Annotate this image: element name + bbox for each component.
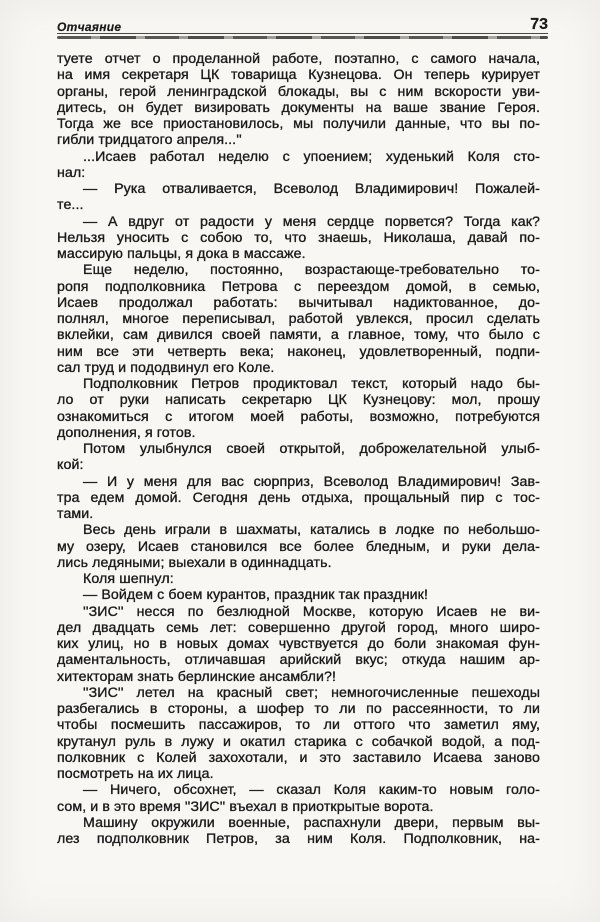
text-line: те... — [57, 197, 540, 213]
text-line: ''ЗИС'' летел на красный свет; немногочи… — [57, 685, 540, 701]
text-line: ''ЗИС'' несся по безлюдной Москве, котор… — [57, 604, 540, 620]
text-line: Тогда же все приостановилось, мы получил… — [57, 116, 540, 132]
text-line: Весь день играли в шахматы, катались в л… — [57, 522, 540, 538]
text-line: вклейки, сам дивился своей памяти, а гла… — [57, 327, 540, 343]
text-line: крутанул руль в лужу и окатил старика с … — [57, 734, 540, 750]
text-line: органы, герой ленинградской блокады, вы … — [57, 84, 540, 100]
text-line: на имя секретаря ЦК товарища Кузнецова. … — [57, 67, 540, 83]
header-rule — [57, 33, 548, 34]
text-line: ним все эти четверть века; наконец, удов… — [57, 344, 540, 360]
page-header: Отчаяние 73 — [57, 16, 548, 34]
text-line: посмотреть на их лица. — [57, 766, 540, 782]
text-line: даментальность, отличавшая арийский вкус… — [57, 652, 540, 668]
text-line: тра едем домой. Сегодня день отдыха, про… — [57, 490, 540, 506]
running-title: Отчаяние — [57, 20, 121, 34]
text-line: дитесь, он будет визировать документы на… — [57, 100, 540, 116]
text-line: Исаев продолжал работать: вычитывал нади… — [57, 295, 540, 311]
text-line: — И у меня для вас сюрприз, Всеволод Вла… — [57, 474, 540, 490]
text-line: — Рука отваливается, Всеволод Владимиров… — [57, 181, 540, 197]
text-line: разбегались в стороны, а шофер то ли по … — [57, 701, 540, 717]
book-page: Отчаяние 73 туете отчет о проделанной ра… — [0, 0, 600, 922]
text-line: — Войдем с боем курантов, праздник так п… — [57, 587, 540, 603]
text-line: ознакомиться с итогом моей работы, возмо… — [57, 409, 540, 425]
text-line: гибли тридцатого апреля...'' — [57, 132, 540, 148]
text-line: Еще неделю, постоянно, возрастающе-требо… — [57, 262, 540, 278]
header-rule-shadow — [57, 36, 548, 39]
text-line: сал труд и пододвинул его Коле. — [57, 360, 540, 376]
text-line: ких улиц, но в новых домах чувствуется д… — [57, 636, 540, 652]
text-line: Подполковник Петров продиктовал текст, к… — [57, 376, 540, 392]
text-line: Коля шепнул: — [57, 571, 540, 587]
text-line: дел двадцать семь лет: совершенно другой… — [57, 620, 540, 636]
text-line: му озеру, Исаев становился все более бле… — [57, 539, 540, 555]
text-line: хитекторам знать берлинские ансамбли?! — [57, 669, 540, 685]
text-line: полнял, многое переписывал, работой увле… — [57, 311, 540, 327]
text-line: Машину окружили военные, распахнули двер… — [57, 815, 540, 831]
text-line: дополнения, я готов. — [57, 425, 540, 441]
text-line: лись ледяными; выехали в одиннадцать. — [57, 555, 540, 571]
text-line: — Ничего, обсохнет, — сказал Коля каким-… — [57, 782, 540, 798]
text-line: туете отчет о проделанной работе, поэтап… — [57, 51, 540, 67]
text-line: Нельзя уносить с собою то, что знаешь, Н… — [57, 230, 540, 246]
text-line: ло от руки написать секретарю ЦК Кузнецо… — [57, 392, 540, 408]
text-line: лез подполковник Петров, за ним Коля. По… — [57, 831, 540, 847]
text-block: туете отчет о проделанной работе, поэтап… — [57, 51, 540, 847]
text-line: массирую пальцы, я дока в массаже. — [57, 246, 540, 262]
text-line: чтобы посмешить пассажиров, то ли оттого… — [57, 717, 540, 733]
text-line: полковник с Колей захохотали, и это заст… — [57, 750, 540, 766]
text-line: кой: — [57, 457, 540, 473]
text-line: Потом улыбнулся своей открытой, доброжел… — [57, 441, 540, 457]
text-line: сом, и в это время ''ЗИС'' въехал в прио… — [57, 799, 540, 815]
text-line: — А вдруг от радости у меня сердце порве… — [57, 214, 540, 230]
text-line: ропя подполковника Петрова с переездом д… — [57, 279, 540, 295]
text-line: нал: — [57, 165, 540, 181]
text-line: тами. — [57, 506, 540, 522]
page-number: 73 — [530, 16, 548, 34]
text-line: ...Исаев работал неделю с упоением; худе… — [57, 149, 540, 165]
